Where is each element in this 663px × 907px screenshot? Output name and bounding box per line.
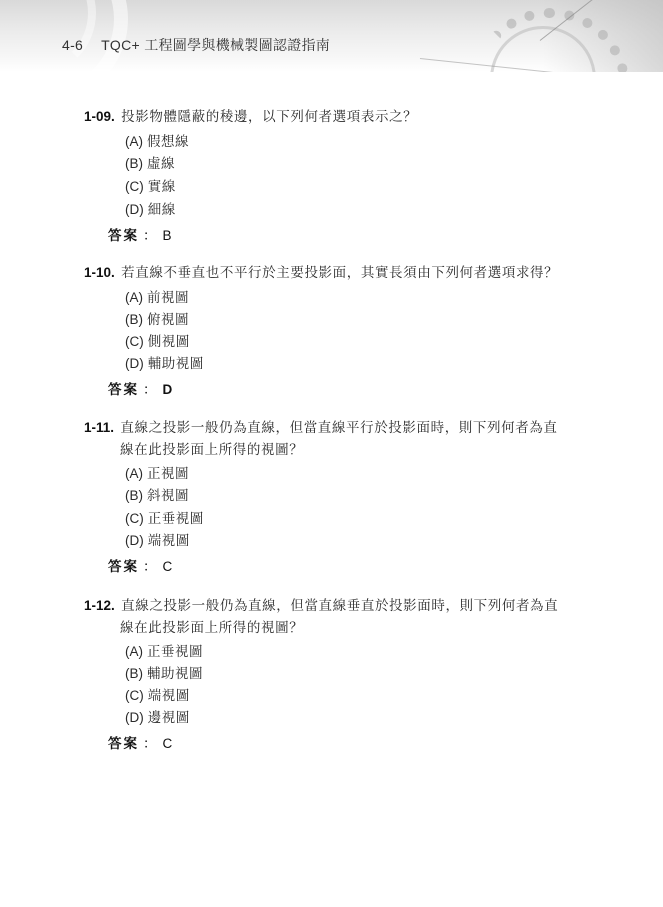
page-number: 4-6 [62, 37, 83, 53]
answer-line: 答案：D [108, 378, 172, 398]
answer-line: 答案：C [108, 555, 172, 575]
option-d: (D)細線 [125, 198, 176, 218]
question-number: 1-09 [84, 109, 111, 124]
answer-line: 答案：C [108, 732, 172, 752]
answer-label: 答案 [108, 559, 139, 574]
question-text-continued: 線在此投影面上所得的視圖？ [120, 438, 303, 458]
option-c: (C)實線 [125, 175, 176, 195]
question-text: 投影物體隱蔽的稜邊，以下列何者選項表示之？ [121, 109, 417, 124]
question-number: 1-11 [84, 420, 110, 435]
option-b: (B)輔助視圖 [125, 662, 203, 682]
option-a: (A)假想線 [125, 130, 189, 150]
question-stem: 1-09. 投影物體隱蔽的稜邊，以下列何者選項表示之？ [84, 105, 417, 125]
answer-label: 答案 [108, 228, 139, 243]
answer-value: C [163, 559, 173, 574]
option-d: (D)輔助視圖 [125, 352, 204, 372]
option-a: (A)正視圖 [125, 462, 189, 482]
answer-value: B [163, 228, 172, 243]
option-b: (B)虛線 [125, 152, 175, 172]
book-title: TQC+ 工程圖學與機械製圖認證指南 [101, 37, 330, 53]
answer-value: C [163, 736, 173, 751]
answer-value: D [163, 382, 173, 397]
option-b: (B)斜視圖 [125, 484, 189, 504]
question-text: 若直線不垂直也不平行於主要投影面，其實長須由下列何者選項求得？ [121, 265, 558, 280]
question-number: 1-12 [84, 598, 111, 613]
option-c: (C)正垂視圖 [125, 507, 204, 527]
question-text: 直線之投影一般仍為直線，但當直線平行於投影面時，則下列何者為直 [120, 420, 557, 435]
option-d: (D)端視圖 [125, 529, 190, 549]
question-number: 1-10 [84, 265, 111, 280]
question-text-continued: 線在此投影面上所得的視圖？ [120, 616, 303, 636]
question-text: 直線之投影一般仍為直線，但當直線垂直於投影面時，則下列何者為直 [121, 598, 558, 613]
running-header: 4-6 TQC+ 工程圖學與機械製圖認證指南 [62, 35, 330, 55]
answer-label: 答案 [108, 382, 139, 397]
decorative-shade [543, 0, 663, 72]
answer-line: 答案：B [108, 224, 172, 244]
option-c: (C)側視圖 [125, 330, 190, 350]
option-b: (B)俯視圖 [125, 308, 189, 328]
question-stem: 1-10. 若直線不垂直也不平行於主要投影面，其實長須由下列何者選項求得？ [84, 261, 558, 281]
option-c: (C)端視圖 [125, 684, 190, 704]
option-a: (A)前視圖 [125, 286, 189, 306]
answer-label: 答案 [108, 736, 139, 751]
option-d: (D)邊視圖 [125, 706, 190, 726]
question-stem: 1-12. 直線之投影一般仍為直線，但當直線垂直於投影面時，則下列何者為直 [84, 594, 558, 614]
question-stem: 1-11. 直線之投影一般仍為直線，但當直線平行於投影面時，則下列何者為直 [84, 416, 558, 436]
option-a: (A)正垂視圖 [125, 640, 203, 660]
